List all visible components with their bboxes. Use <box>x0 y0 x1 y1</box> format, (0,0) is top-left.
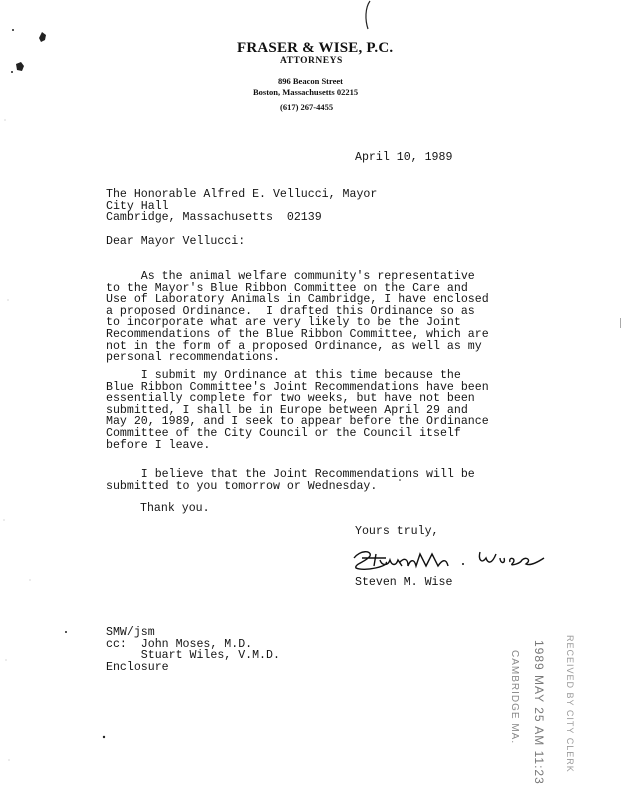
firm-name: FRASER & WISE, P.C. <box>237 40 393 57</box>
firm-address-city: Boston, Massachusetts 02215 <box>253 87 358 97</box>
reference-block: SMW/jsm cc: John Moses, M.D. Stuart Wile… <box>106 627 280 673</box>
stamp-datetime: 1989 MAY 25 AM 11:23 <box>532 640 546 785</box>
recipient-address: The Honorable Alfred E. Vellucci, MayorC… <box>106 189 377 224</box>
recipient-line: Cambridge, Massachusetts 02139 <box>106 212 377 224</box>
margin-mark <box>620 318 621 328</box>
letter-page: FRASER & WISE, P.C. ATTORNEYS 896 Beacon… <box>0 0 623 800</box>
firm-subtitle: ATTORNEYS <box>280 56 343 66</box>
letter-date: April 10, 1989 <box>355 152 452 164</box>
body-paragraph-3: I believe that the Joint Recommendations… <box>106 469 475 492</box>
firm-address-street: 896 Beacon Street <box>278 76 343 86</box>
stamp-received-by: RECEIVED BY CITY CLERK <box>565 635 575 773</box>
recipient-line: The Honorable Alfred E. Vellucci, Mayor <box>106 189 377 201</box>
body-paragraph-2: I submit my Ordinance at this time becau… <box>106 370 489 451</box>
salutation: Dear Mayor Vellucci: <box>106 236 245 248</box>
body-paragraph-1: As the animal welfare community's repres… <box>106 271 489 364</box>
handwritten-mark <box>362 0 374 30</box>
received-stamp: RECEIVED BY CITY CLERK 1989 MAY 25 AM 11… <box>480 620 600 740</box>
stamp-location: CAMBRIDGE MA. <box>509 650 520 744</box>
closing: Yours truly, <box>355 526 439 538</box>
thanks-line: Thank you. <box>140 503 210 515</box>
firm-phone: (617) 267-4455 <box>280 102 333 112</box>
signature-image <box>350 544 550 574</box>
signer-name: Steven M. Wise <box>355 577 452 589</box>
